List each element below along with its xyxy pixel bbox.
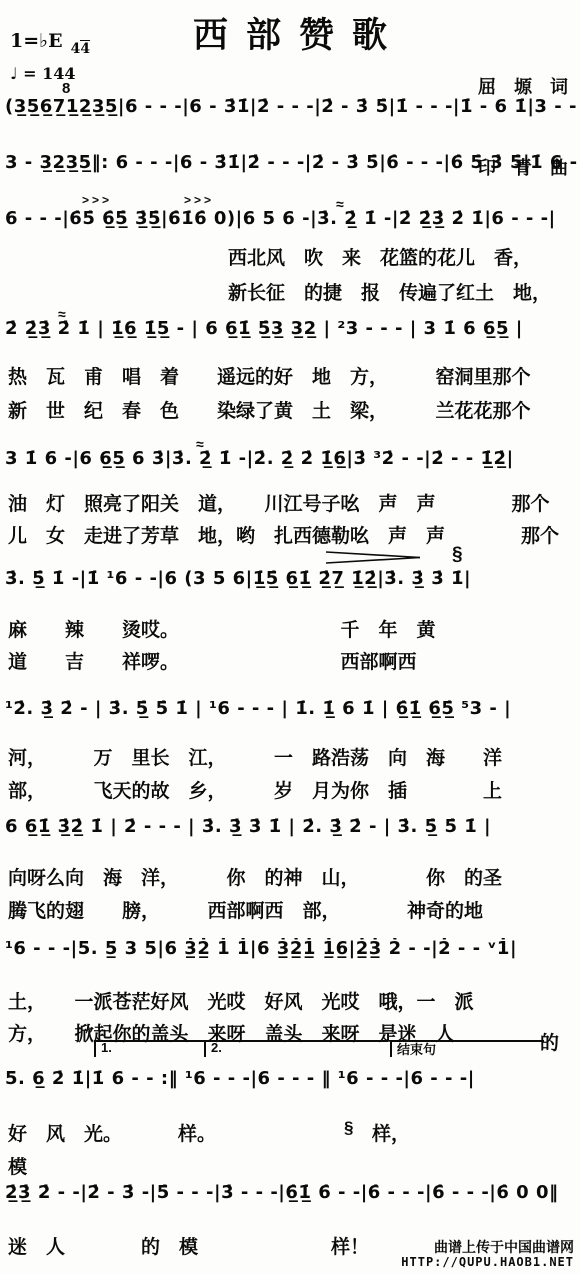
- lyric-line: 河， 万 里长 江， 一 路浩荡 向 海 洋: [8, 743, 502, 770]
- watermark-line-1: 曲谱上传于中国曲谱网: [434, 1237, 574, 1257]
- segno-icon: §: [452, 544, 463, 566]
- notation-line-10: 5. 6̲ 2̇ 1̇|1̇ 6 - - :‖ ¹6 - - -|6 - - -…: [5, 1068, 577, 1089]
- notation-line-4: 2̇ 2̲̇3̲̇ 2̇ 1̇ | 1̲̇6̲ 1̲̇5̲ - | 6 6̲1̲…: [5, 318, 577, 339]
- notation-line-2: 3 - 3̲2̲3̲5̲‖: 6 - - -|6 - 3̇1̇|2̇ - - -…: [5, 152, 577, 173]
- notation-line-9: ¹6 - - -|5. 5̲ 3 5|6 3̲̇2̲̇ 1̇ 1̇|6 3̲̇2…: [5, 938, 577, 959]
- volta-2-label: 2.: [211, 1040, 222, 1055]
- volta-bracket-2: 2.: [204, 1040, 388, 1057]
- time-signature-denominator: 4: [80, 40, 90, 57]
- decrescendo-hairpin-icon: [326, 551, 422, 569]
- octuplet-number: 8: [62, 80, 70, 97]
- notation-line-6: 3̇. 5̲̇ 1̇ -|1̇ ¹6 - -|6 (3 5 6|1̲̇5̲̇ 6…: [5, 568, 577, 589]
- ending-bracket: 结束句: [390, 1040, 544, 1057]
- sheet-music-page: { "header": { "title": "西部赞歌", "key": "1…: [0, 0, 580, 1274]
- lyric-line: 迷 人 的 模 样！: [8, 1232, 369, 1259]
- volta-1-label: 1.: [101, 1040, 112, 1055]
- ending-label: 结束句: [397, 1042, 436, 1057]
- lyric-line: 样，: [372, 1119, 410, 1146]
- lyric-line: 道 吉 祥啰。 西部啊西: [8, 647, 417, 674]
- notation-line-11: 2̲̇3̲̇ 2̇ - -|2̇ - 3̇ -|5̇ - - -|3̇ - - …: [5, 1182, 577, 1203]
- mordent-icon: ≈: [336, 196, 344, 212]
- mordent-icon: ≈: [58, 306, 66, 322]
- lyric-line: 新长征 的捷 报 传遍了红土 地，: [228, 278, 551, 305]
- lyric-line: 好 风 光。: [8, 1119, 122, 1146]
- accent-marks: >>>: [82, 193, 112, 207]
- accent-marks: >>>: [184, 193, 214, 207]
- lyric-line: 向呀么向 海 洋， 你 的神 山， 你 的圣: [8, 863, 502, 890]
- lyric-line: 新 世 纪 春 色 染绿了黄 土 梁， 兰花花那个: [8, 396, 531, 423]
- mordent-icon: ≈: [196, 436, 204, 452]
- notation-line-5: 3 1̇ 6 -|6 6̲5̲ 6 3̇|3̇. 2̲̇ 1̇ -|2̇. 2̲…: [5, 448, 577, 469]
- lyric-overflow-char: 模: [8, 1152, 27, 1179]
- time-signature-numerator: 4: [71, 41, 81, 57]
- lyric-line: 麻 辣 烫哎。 千 年 黄: [8, 615, 436, 642]
- time-signature: 44: [71, 43, 91, 56]
- lyric-line: 土， 一派苍茫好风 光哎 好风 光哎 哦，一 派: [8, 987, 474, 1014]
- watermark-url: HTTP://QUPU.HAOB1.NET: [401, 1255, 574, 1269]
- lyric-line: 热 瓦 甫 唱 着 遥远的好 地 方， 窑洞里那个: [8, 362, 531, 389]
- notation-line-3: 6 - - -|6̇5̇ 6̲̇5̲̇ 3̲̇5̲̇|6̇1̇6̇ 0)|6 5…: [5, 208, 577, 229]
- notation-line-1: (3̲5̲6̲7̲1̲2̲3̲5̲|6 - - -|6 - 3̇1̇|2̇ - …: [5, 96, 577, 117]
- lyric-line: 部， 飞天的故 乡， 岁 月为你 插 上: [8, 776, 502, 803]
- lyric-line: 儿 女 走进了芳草 地，哟 扎西德勒吆 声 声 那个: [8, 521, 559, 548]
- key-signature: 1=♭E44: [10, 30, 90, 56]
- notation-line-8: 6 6̲1̲̇ 3̲̇2̲̇ 1̇ | 2̇ - - - | 3̇. 3̲̇ 3…: [5, 816, 577, 837]
- lyric-line: 腾飞的翅 膀， 西部啊西 部， 神奇的地: [8, 896, 483, 923]
- key-signature-text: 1=♭E: [10, 30, 63, 52]
- volta-bracket-1: 1.: [94, 1040, 204, 1057]
- notation-line-7: ¹2̇. 3̲̇ 2̇ - | 3̇. 5̲̇ 5̇ 1̇ | ¹6 - - -…: [5, 698, 577, 719]
- lyric-line: 样。: [178, 1119, 216, 1146]
- lyric-line: 油 灯 照亮了阳关 道， 川江号子吆 声 声 那个: [8, 489, 550, 516]
- lyric-line: 西北风 吹 来 花篮的花儿 香，: [228, 243, 532, 270]
- segno-icon: §: [344, 1118, 353, 1138]
